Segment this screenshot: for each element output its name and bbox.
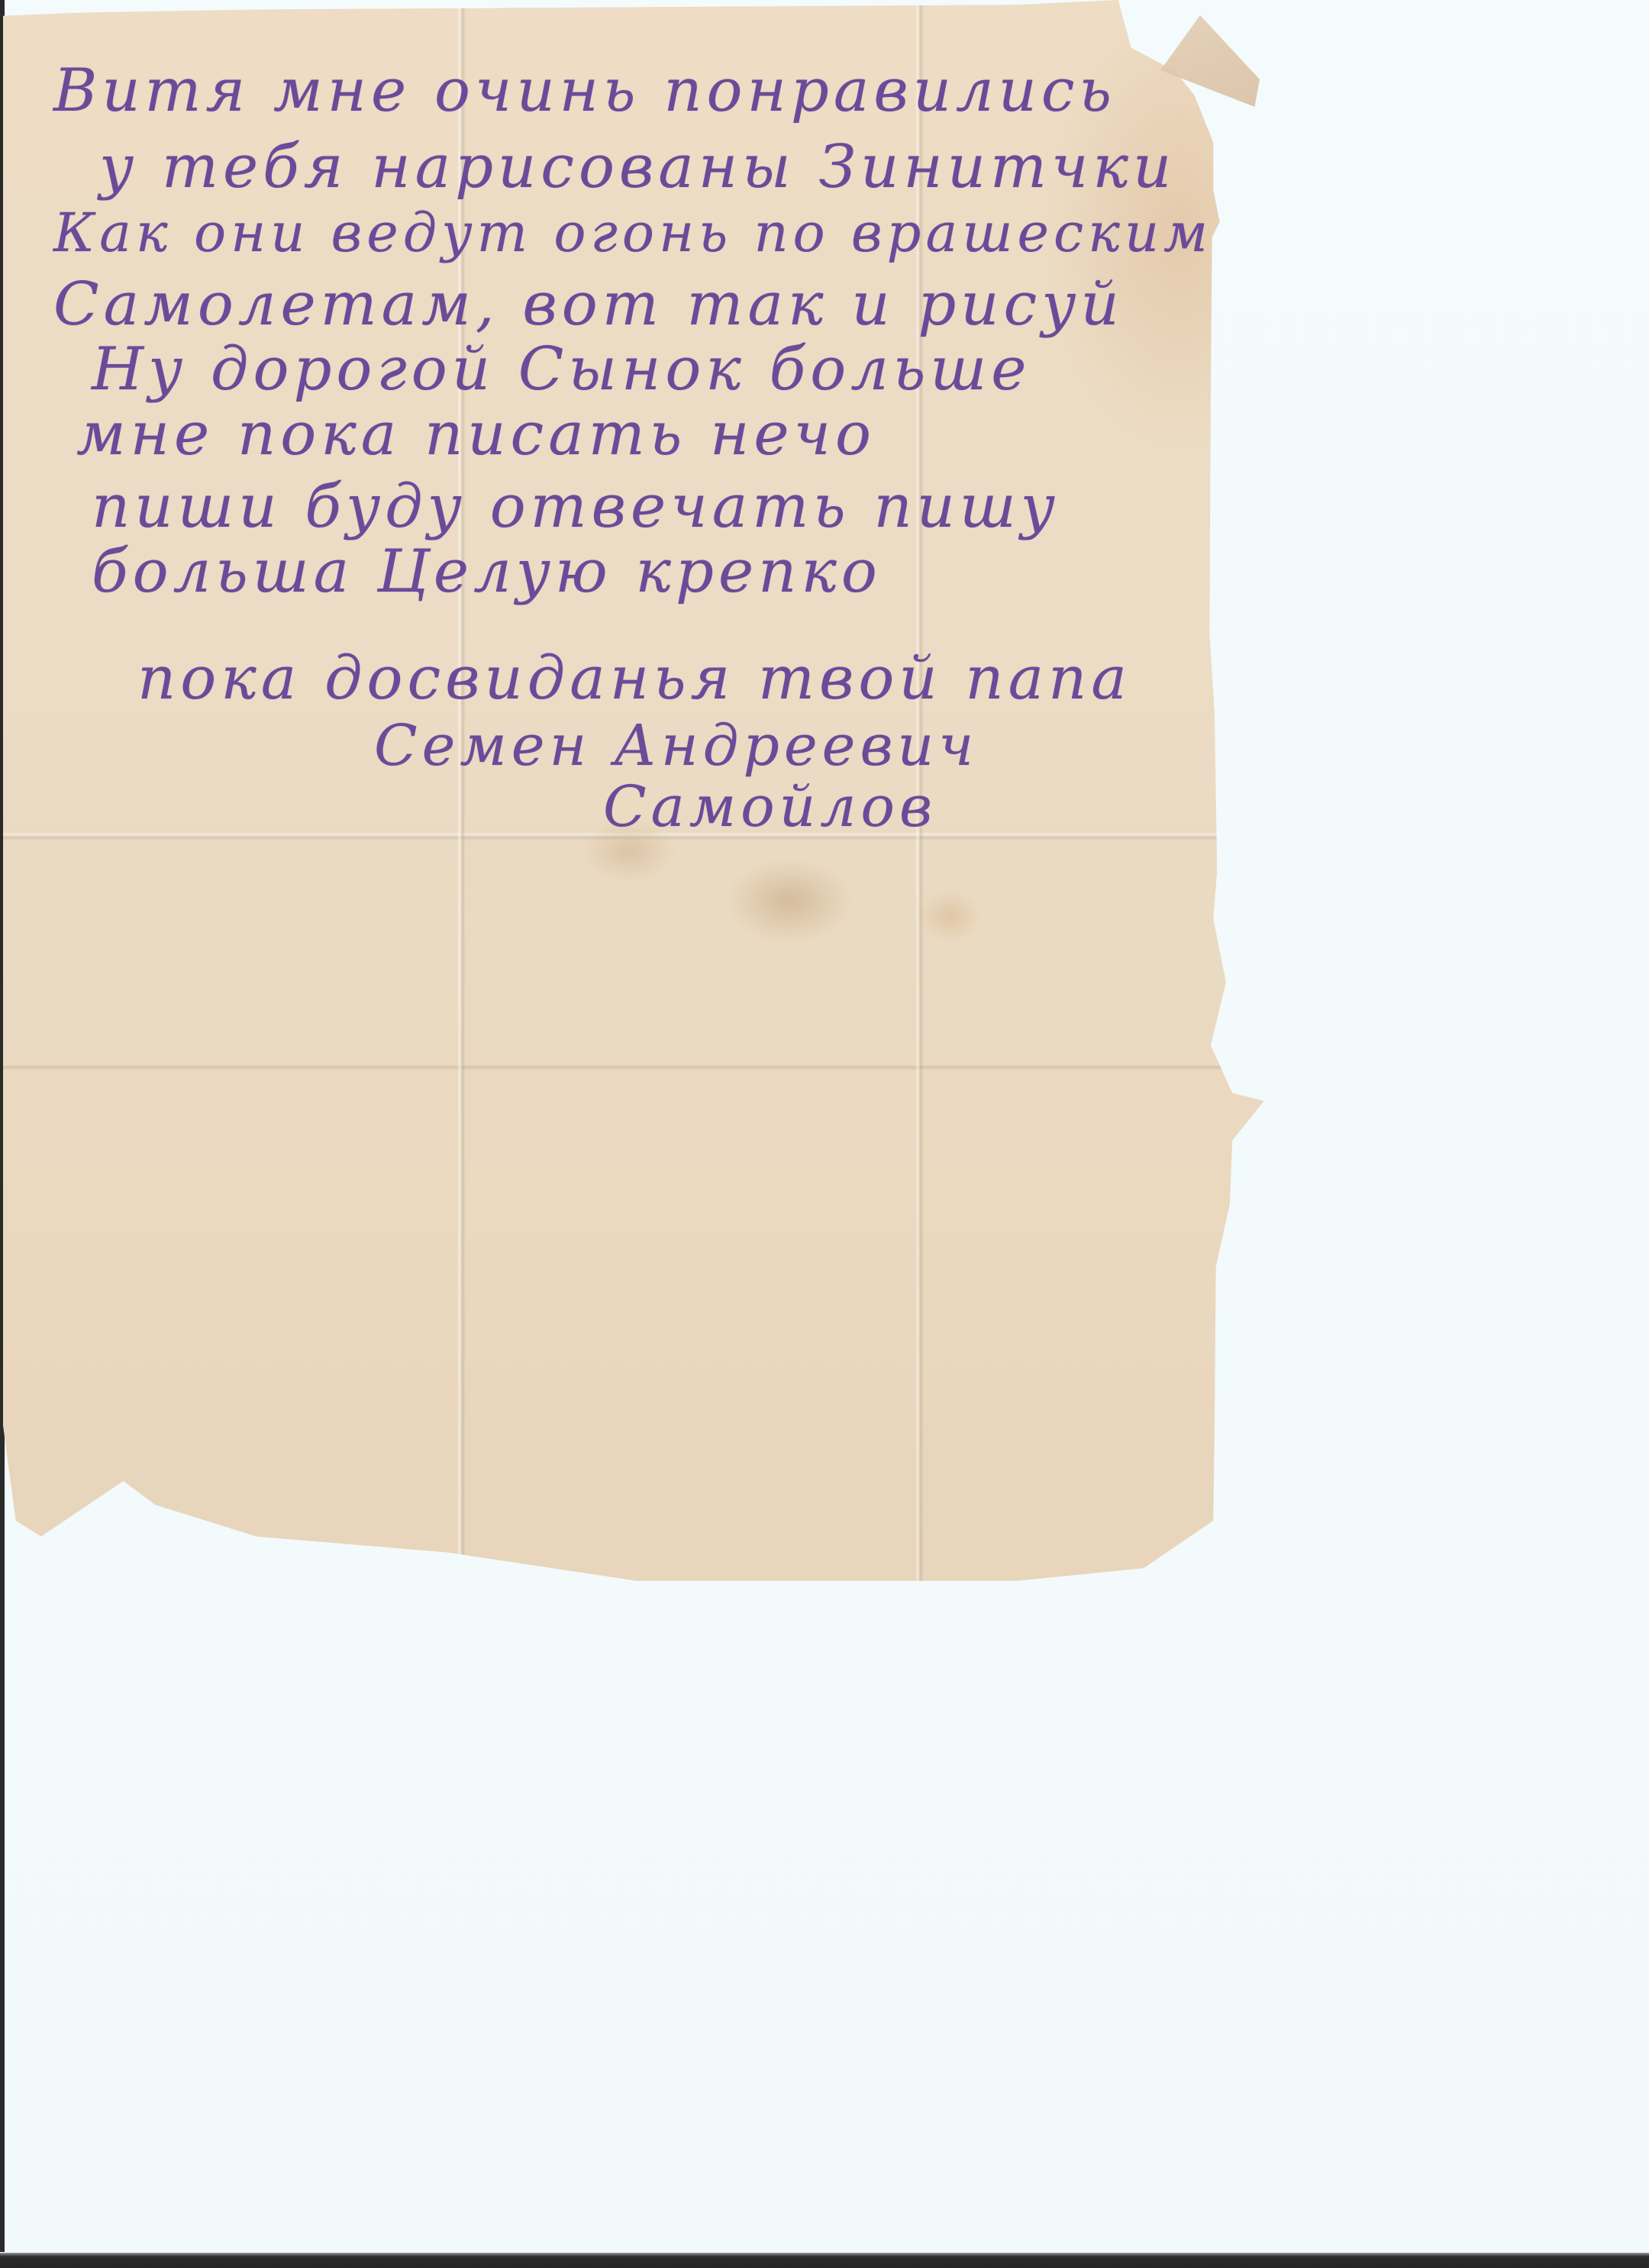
letter-closing: пока досвиданья твой папа: [137, 649, 1131, 708]
letter-line-1: Витя мне очинь понравились: [53, 61, 1116, 121]
letter-line-8: больша Целую крепко: [92, 542, 882, 602]
letter-line-6: мне пока писать нечо: [76, 405, 876, 464]
letter-line-4: Самолетам, вот так и рисуй: [53, 275, 1124, 334]
signature-name: Семен Андреевич: [374, 718, 978, 774]
letter-line-5: Ну дорогой Сынок больше: [92, 340, 1031, 399]
scanner-bottom-edge: [0, 2253, 1649, 2268]
letter-line-3: Как они ведут огонь по врашеским: [53, 206, 1212, 260]
letter-line-7: пиши буду отвечать пишу: [92, 477, 1060, 537]
letter-line-2: у тебя нарисованы Зинитчки: [99, 137, 1176, 197]
signature-surname: Самойлов: [603, 779, 937, 835]
